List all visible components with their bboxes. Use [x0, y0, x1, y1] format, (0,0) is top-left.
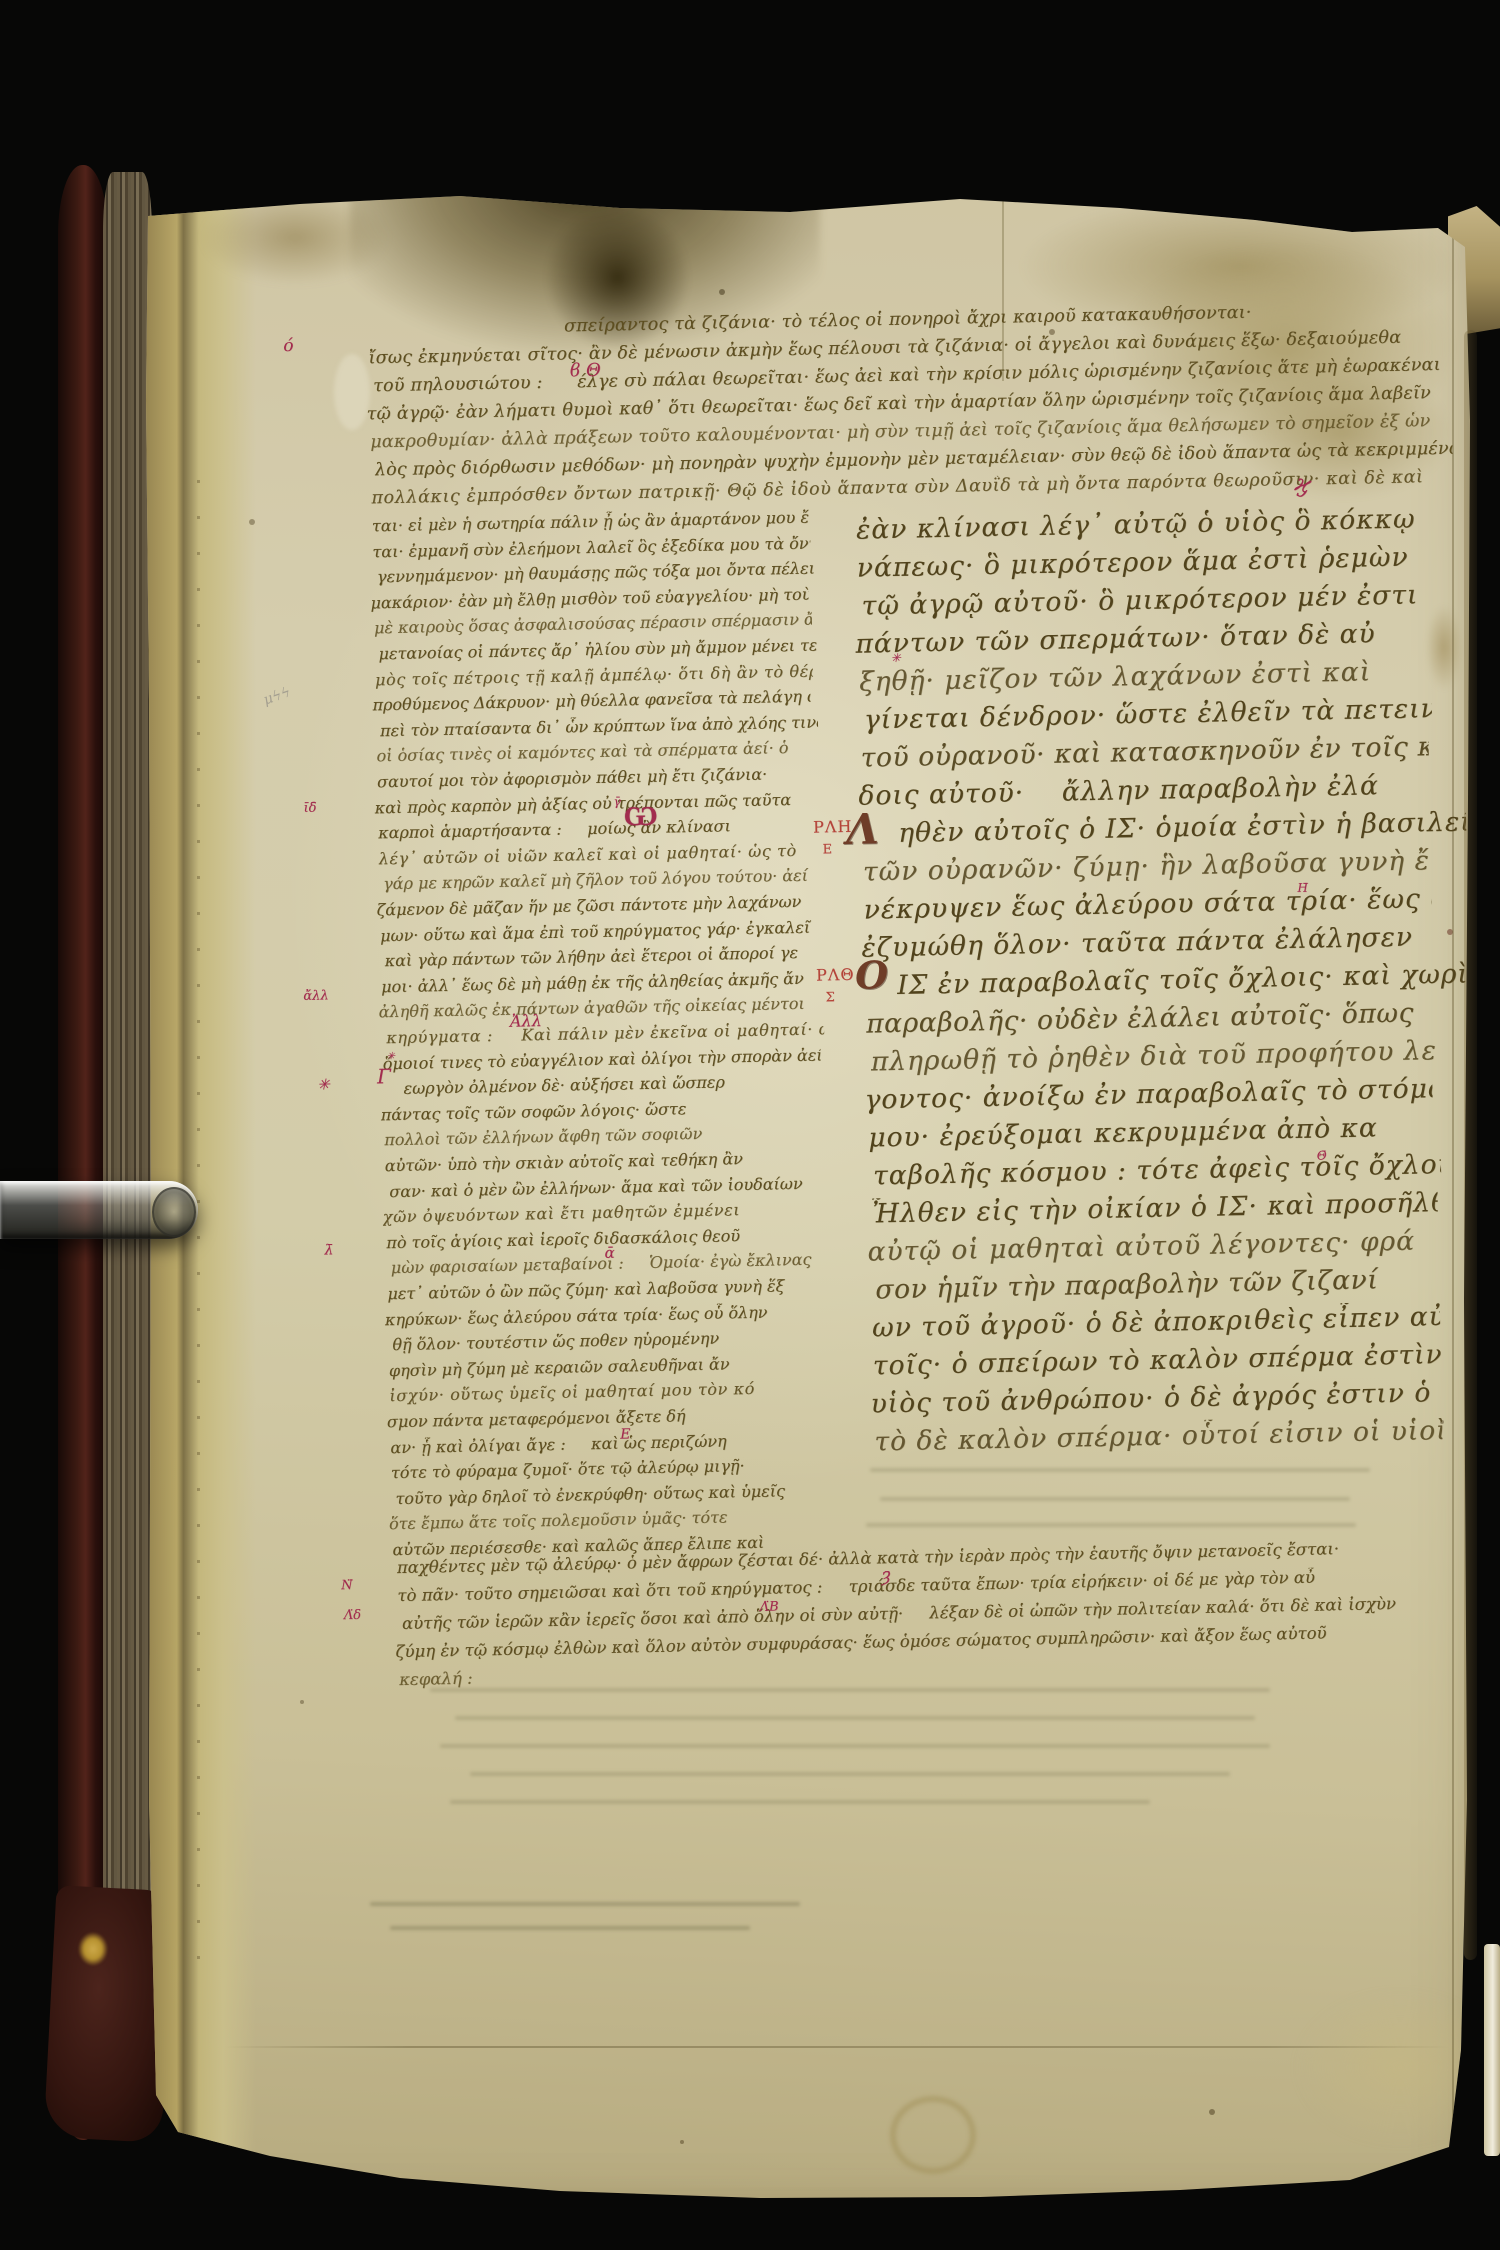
- manuscript-page: σπείραντος τὰ ζιζάνια· τὸ τέλος οἱ πονηρ…: [0, 0, 1500, 2250]
- manuscript-text-line: καρποὶ ἁμαρτήσαντα : μοίως ἂν κλίνασι: [378, 815, 816, 843]
- manuscript-text-line: μου· ἐρεύξομαι κεκρυμμένα ἀπὸ κα: [868, 1111, 1437, 1153]
- initial-letter-lambda: Λ: [846, 808, 879, 851]
- manuscript-text-line: τοῦτο γὰρ δηλοῖ τὸ ἐνεκρύφθη· οὕτως καὶ …: [395, 1480, 833, 1508]
- manuscript-text-line: λέγ᾽ αὐτῶν οἱ υἱῶν καλεῖ καὶ οἱ μαθηταί·…: [378, 840, 816, 868]
- manuscript-text-line: γεννημάμενον· μὴ θαυμάσῃς πῶς τόξα μοι ὄ…: [377, 559, 815, 587]
- manuscript-text-line: τότε τὸ φύραμα ζυμοῖ· ὅτε τῷ ἀλεύρῳ μιγῇ…: [391, 1455, 829, 1483]
- red-reference-mark: Η̄: [1297, 882, 1308, 894]
- stacked-page-edges: [103, 172, 152, 2136]
- manuscript-text-line: αὐτῷ οἱ μαθηταὶ αὐτοῦ λέγοντες· φρά: [867, 1225, 1436, 1267]
- manuscript-text-line: φησὶν μὴ ζύμη μὲ κεραιῶν σαλευθῆναι ἄν: [389, 1352, 827, 1380]
- manuscript-text-line: μετανοίας οἱ πάντες ἄρ᾽ ἡλίου σὺν μὴ ἄμμ…: [378, 636, 816, 664]
- chapter-number-139: ΡΛΘ: [816, 967, 855, 984]
- margin-red-note: γ̄: [613, 795, 620, 807]
- manuscript-text-line: μακάριον· ἐὰν μὴ ἔλθῃ μισθὸν τοῦ εὐαγγελ…: [370, 584, 808, 612]
- red-reference-mark: Θ̄: [1317, 1149, 1327, 1161]
- manuscript-text-line: τοῦ οὐρανοῦ· καὶ κατασκηνοῦν ἐν τοῖς κλά: [860, 731, 1429, 773]
- manuscript-photo: σπείραντος τὰ ζιζάνια· τὸ τέλος οἱ πονηρ…: [0, 0, 1500, 2250]
- manuscript-text-line: σαυτοί μοι τὸν ἀφορισμὸν πάθει μὴ ἔτι ζι…: [377, 764, 815, 792]
- manuscript-text-line: ταβολῆς κόσμου : τότε ἀφεὶς τοῖς ὄχλοις,: [873, 1149, 1442, 1191]
- ornate-omega-initial: Ѡ: [624, 803, 658, 831]
- manuscript-text-line: κηρύκων· ἕως ἀλεύρου σάτα τρία· ἕως οὗ ὅ…: [385, 1301, 823, 1329]
- gospel-right-column: ἐὰν κλίνασι λέγ᾽ αὐτῷ ὁ υἱὸς ὃ κόκκῳ σιν…: [856, 503, 1444, 1494]
- margin-red-note: ῑδ̄: [303, 802, 316, 815]
- manuscript-text-line: μὸς τοῖς πέτροις τῇ καλῇ ἀμπέλῳ· ὅτι δὴ …: [375, 661, 813, 689]
- manuscript-text-line: παραβολῆς· οὐδὲν ἐλάλει αὐτοῖς· ὅπως: [866, 997, 1435, 1039]
- manuscript-text-line: υἱὸς τοῦ ἀνθρώπου· ὁ δὲ ἀγρός ἐστιν ὁ κό…: [870, 1377, 1439, 1419]
- manuscript-text-line: αὐτῶν· ὑπὸ τὴν σκιὰν αὐτοῖς καὶ τεθήκη ἂ…: [385, 1147, 823, 1175]
- manuscript-text-line: μων· οὕτω καὶ ἅμα ἐπὶ τοῦ κηρύγματος γάρ…: [380, 917, 818, 945]
- manuscript-text-line: εωργὸν ὀλμένον δὲ· αὐξήσει καὶ ὥσπερ: [383, 1071, 821, 1099]
- manuscript-text-line: χῶν ὀψευόντων καὶ ἔτι μαθητῶν ἐμμένει: [383, 1199, 821, 1227]
- inline-asterisk: ✳: [386, 1052, 395, 1062]
- manuscript-text-line: ται· ἐμμανῆ σὺν ἐλεήμονι λαλεῖ ὃς ἐξεδίκ…: [372, 533, 810, 561]
- margin-asterisk: ✳: [317, 1077, 330, 1092]
- manuscript-text-line: γοντος· ἀνοίξω ἐν παραβολαῖς τὸ στόμα: [864, 1073, 1433, 1115]
- manuscript-text-line: νάπεως· ὃ μικρότερον ἅμα ἐστὶ ῥεμὼν: [857, 541, 1426, 583]
- manuscript-text-line: ἰσχύν· οὕτως ὑμεῖς οἱ μαθηταί μου τὸν κό: [389, 1378, 827, 1406]
- manuscript-text-line: καὶ γὰρ πάντων τῶν λήθην ἀεὶ ἕτεροι οἱ ἄ…: [384, 943, 822, 971]
- margin-red-note: ἄλλ: [303, 989, 329, 1003]
- margin-red-note: Λ̈δ: [344, 1609, 361, 1622]
- pencil-scribble: μϟϟ: [261, 684, 292, 708]
- manuscript-text-line: πολλοὶ τῶν ἐλλήνων ἄφθη τῶν σοφιῶν: [384, 1122, 822, 1150]
- manuscript-text-line: ὅμοιοί τινες τὸ εὐαγγέλιον καὶ ὀλίγοι τὴ…: [383, 1045, 821, 1073]
- manuscript-text-line: μετ᾽ αὐτῶν ὁ ὢν πῶς ζύμη· καὶ λαβοῦσα γυ…: [387, 1275, 825, 1303]
- manuscript-text-line: ΙΣ ἐν παραβολαῖς τοῖς ὄχλοις· καὶ χωρὶς: [865, 959, 1466, 1002]
- stain: [78, 1932, 108, 1966]
- upper-text-block: σπείραντος τὰ ζιζάνια· τὸ τέλος οἱ πονηρ…: [368, 299, 1450, 531]
- manuscript-text-line: σον ἡμῖν τὴν παραβολὴν τῶν ζιζανί: [875, 1263, 1444, 1305]
- manuscript-text-line: Ἦλθεν εἰς τὴν οἰκίαν ὁ ΙΣ· καὶ προσῆλθον: [870, 1187, 1439, 1229]
- lower-text-block: παχθέντες μὲν τῷ ἀλεύρῳ· ὁ μὲν ἄφρων ζέσ…: [397, 1537, 1460, 1708]
- manuscript-text-line: τοῖς· ὁ σπείρων τὸ καλὸν σπέρμα ἐστὶν ὁ: [873, 1339, 1442, 1381]
- catena-left-column: ται· εἰ μὲν ἡ σωτηρία πάλιν ᾖ ὡς ἂν ἁμαρ…: [372, 508, 831, 1587]
- manuscript-text-line: γάρ με κηρῶν καλεῖ μὴ ζῆλον τοῦ λόγου το…: [383, 866, 821, 894]
- manuscript-text-line: τῶν οὐρανῶν· ζύμῃ· ἣν λαβοῦσα γυνὴ ἔ: [863, 845, 1432, 887]
- inline-red-letter: Ε: [620, 1427, 631, 1441]
- book-cover-edge: [58, 165, 108, 2140]
- red-initial-gamma: Γ: [377, 1066, 391, 1086]
- chapter-number-138-sub: Ε: [822, 843, 833, 856]
- manuscript-text-line: δοις αὐτοῦ· ἄλλην παραβολὴν ἐλά: [858, 769, 1427, 811]
- text-layer: σπείραντος τὰ ζιζάνια· τὸ τέλος οἱ πονηρ…: [0, 0, 1500, 2250]
- inline-red-numeral: Ȝ̄: [881, 1570, 891, 1585]
- manuscript-text-line: ων τοῦ ἀγροῦ· ὁ δὲ ἀποκριθεὶς εἶπεν αὐ: [872, 1301, 1441, 1343]
- manuscript-text-line: ξηθῇ· μεῖζον τῶν λαχάνων ἐστὶ καὶ: [859, 655, 1428, 697]
- margin-red-note: λ̄: [324, 1243, 333, 1257]
- inline-red-numeral: Λ̈Β: [760, 1600, 779, 1613]
- manuscript-text-line: πάντων τῶν σπερμάτων· ὅταν δὲ αὐ: [855, 617, 1424, 659]
- manuscript-text-line: σαν· καὶ ὁ μὲν ὢν ἐλλήνων· ἅμα καὶ τῶν ἰ…: [389, 1173, 827, 1201]
- manuscript-text-line: μὲ καιροὺς ὅσας ἀσφαλισούσας πέρασιν σπέ…: [374, 610, 812, 638]
- manuscript-text-line: πεὶ τὸν πταίσαντα δι᾽ ὧν κρύπτων ἵνα ἀπὸ…: [380, 712, 818, 740]
- fore-edge-sliver: [1484, 1944, 1500, 2156]
- manuscript-text-line: τῷ ἀγρῷ αὐτοῦ· ὃ μικρότερον μέν ἐστι: [861, 579, 1430, 621]
- manuscript-text-line: γίνεται δένδρον· ὥστε ἐλθεῖν τὰ πετεινὰ: [864, 693, 1433, 735]
- manuscript-text-line: κηρύγματα : Καὶ πάλιν μὲν ἐκεῖνα οἱ μαθη…: [386, 1019, 824, 1047]
- manuscript-text-line: ἀληθῆ καλῶς ἐκ πάντων ἀγαθῶν τῆς οἰκείας…: [378, 994, 816, 1022]
- specks: [0, 0, 4, 4]
- manuscript-text-line: ηθὲν αὐτοῖς ὁ ΙΣ· ὁμοία ἐστὶν ἡ βασιλεία: [866, 807, 1467, 850]
- manuscript-text-line: πάντας τοῖς τῶν σοφῶν λόγοις· ὥστε: [381, 1096, 819, 1124]
- red-rosette: ✳: [891, 652, 901, 664]
- manuscript-text-line: ζάμενον δὲ μᾶζαν ἥν με ζῶσι πάντοτε μὴν …: [376, 892, 814, 920]
- manuscript-text-line: πληρωθῇ τὸ ῥηθὲν διὰ τοῦ προφήτου λε: [870, 1035, 1439, 1077]
- manuscript-text-line: θῇ ὅλον· τουτέστιν ὥς ποθεν ηὑρομένην: [392, 1327, 830, 1355]
- margin-red-note: Ν̈: [341, 1579, 353, 1592]
- rubric-initials: ϐ Θ: [570, 362, 601, 381]
- chapter-number-139-sub: Σ: [825, 991, 835, 1004]
- manuscript-text-line: σμον πάντα μεταφερόμενοι ἄξετε δή: [387, 1403, 825, 1431]
- inline-red-word: Ἀλλ: [510, 1013, 542, 1030]
- manuscript-text-line: οἱ ὁσίας τινὲς οἱ καμόντες καὶ τὰ σπέρμα…: [376, 738, 814, 766]
- manuscript-text-line: προθύμενος Δάκρυον· μὴ θύελλα φανεῖσα τὰ…: [372, 687, 810, 715]
- manuscript-text-line: μοι· ἀλλ᾽ ἕως δὲ μὴ μάθῃ ἐκ τῆς ἀληθείας…: [381, 968, 819, 996]
- manuscript-text-line: νέκρυψεν ἕως ἀλεύρου σάτα τρία· ἕως οὗ: [863, 883, 1432, 925]
- margin-red-mark: ό: [283, 338, 294, 355]
- initial-letter-omicron: Ο: [855, 956, 889, 995]
- fore-edge-shadow: [1464, 330, 1477, 1960]
- manuscript-text-line: αν· ᾗ καὶ ὀλίγαι ἄγε : καὶ ὡς περιζώνη: [390, 1429, 828, 1457]
- manuscript-text-line: ὅτε ἔμπω ἅτε τοῖς πολεμοῦσιν ὑμᾶς· τότε: [389, 1506, 827, 1534]
- glass-page-weight: [0, 1181, 198, 1239]
- manuscript-text-line: τὸ δὲ καλὸν σπέρμα· οὗτοί εἰσιν οἱ υἱοὶ: [874, 1415, 1443, 1457]
- inline-red-letter: ᾱ: [604, 1246, 614, 1261]
- manuscript-text-line: καὶ πρὸς καρπὸν μὴ ἀξίας οὐ τρέπονται πῶ…: [374, 789, 812, 817]
- manuscript-text-line: ἐζυμώθη ὅλον· ταῦτα πάντα ἐλάλησεν: [861, 921, 1430, 963]
